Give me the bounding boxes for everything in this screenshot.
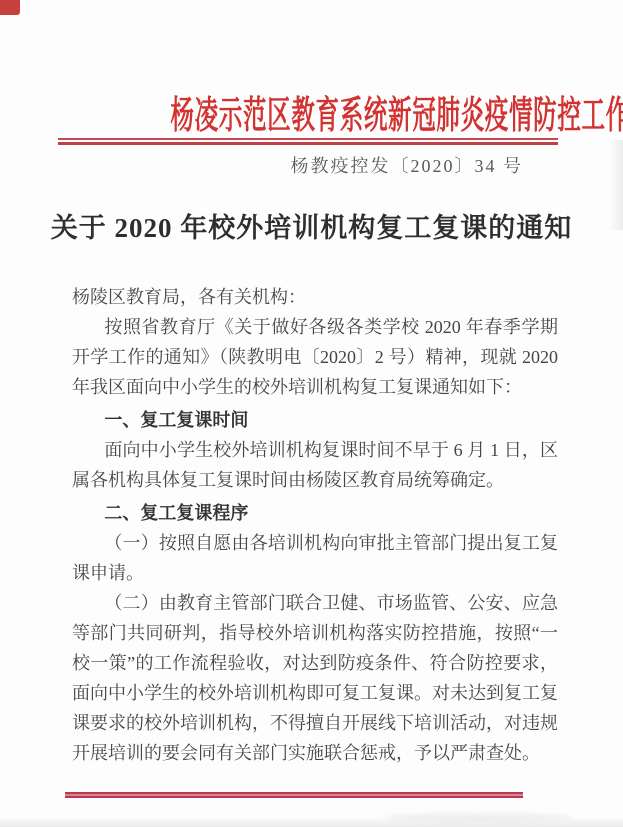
scan-artifact-bottom-edge <box>0 817 623 827</box>
document-header: 杨凌示范区教育系统新冠肺炎疫情防控工作领导小组 <box>0 84 623 139</box>
scan-corner-mark <box>0 0 20 15</box>
document-number: 杨教疫控发〔2020〕34 号 <box>291 152 524 178</box>
header-double-rule <box>58 138 558 145</box>
scan-artifact-bottom-right <box>383 813 573 821</box>
header-organization-name: 杨凌示范区教育系统新冠肺炎疫情防控工作领导小组 <box>170 84 623 139</box>
body-paragraph-item-1: （一）按照自愿由各培训机构向审批主管部门提出复工复课申请。 <box>72 528 558 588</box>
body-paragraph-item-2: （二）由教育主管部门联合卫健、市场监管、公安、应急等部门共同研判，指导校外培训机… <box>72 588 558 768</box>
body-section-heading-2: 二、复工复课程序 <box>72 498 558 528</box>
body-salutation: 杨陵区教育局，各有关机构： <box>72 282 558 312</box>
footer-rule <box>65 792 523 798</box>
body-section-heading-1: 一、复工复课时间 <box>72 405 558 435</box>
document-body: 杨陵区教育局，各有关机构： 按照省教育厅《关于做好各级各类学校 2020 年春季… <box>72 282 558 768</box>
document-title: 关于 2020 年校外培训机构复工复课的通知 <box>0 206 623 245</box>
body-paragraph-section-1: 面向中小学生校外培训机构复课时间不早于 6 月 1 日，区属各机构具体复工复课时… <box>72 435 558 495</box>
body-paragraph-intro: 按照省教育厅《关于做好各级各类学校 2020 年春季学期开学工作的通知》（陕教明… <box>72 312 558 402</box>
document-page: 杨凌示范区教育系统新冠肺炎疫情防控工作领导小组 杨教疫控发〔2020〕34 号 … <box>0 0 623 827</box>
